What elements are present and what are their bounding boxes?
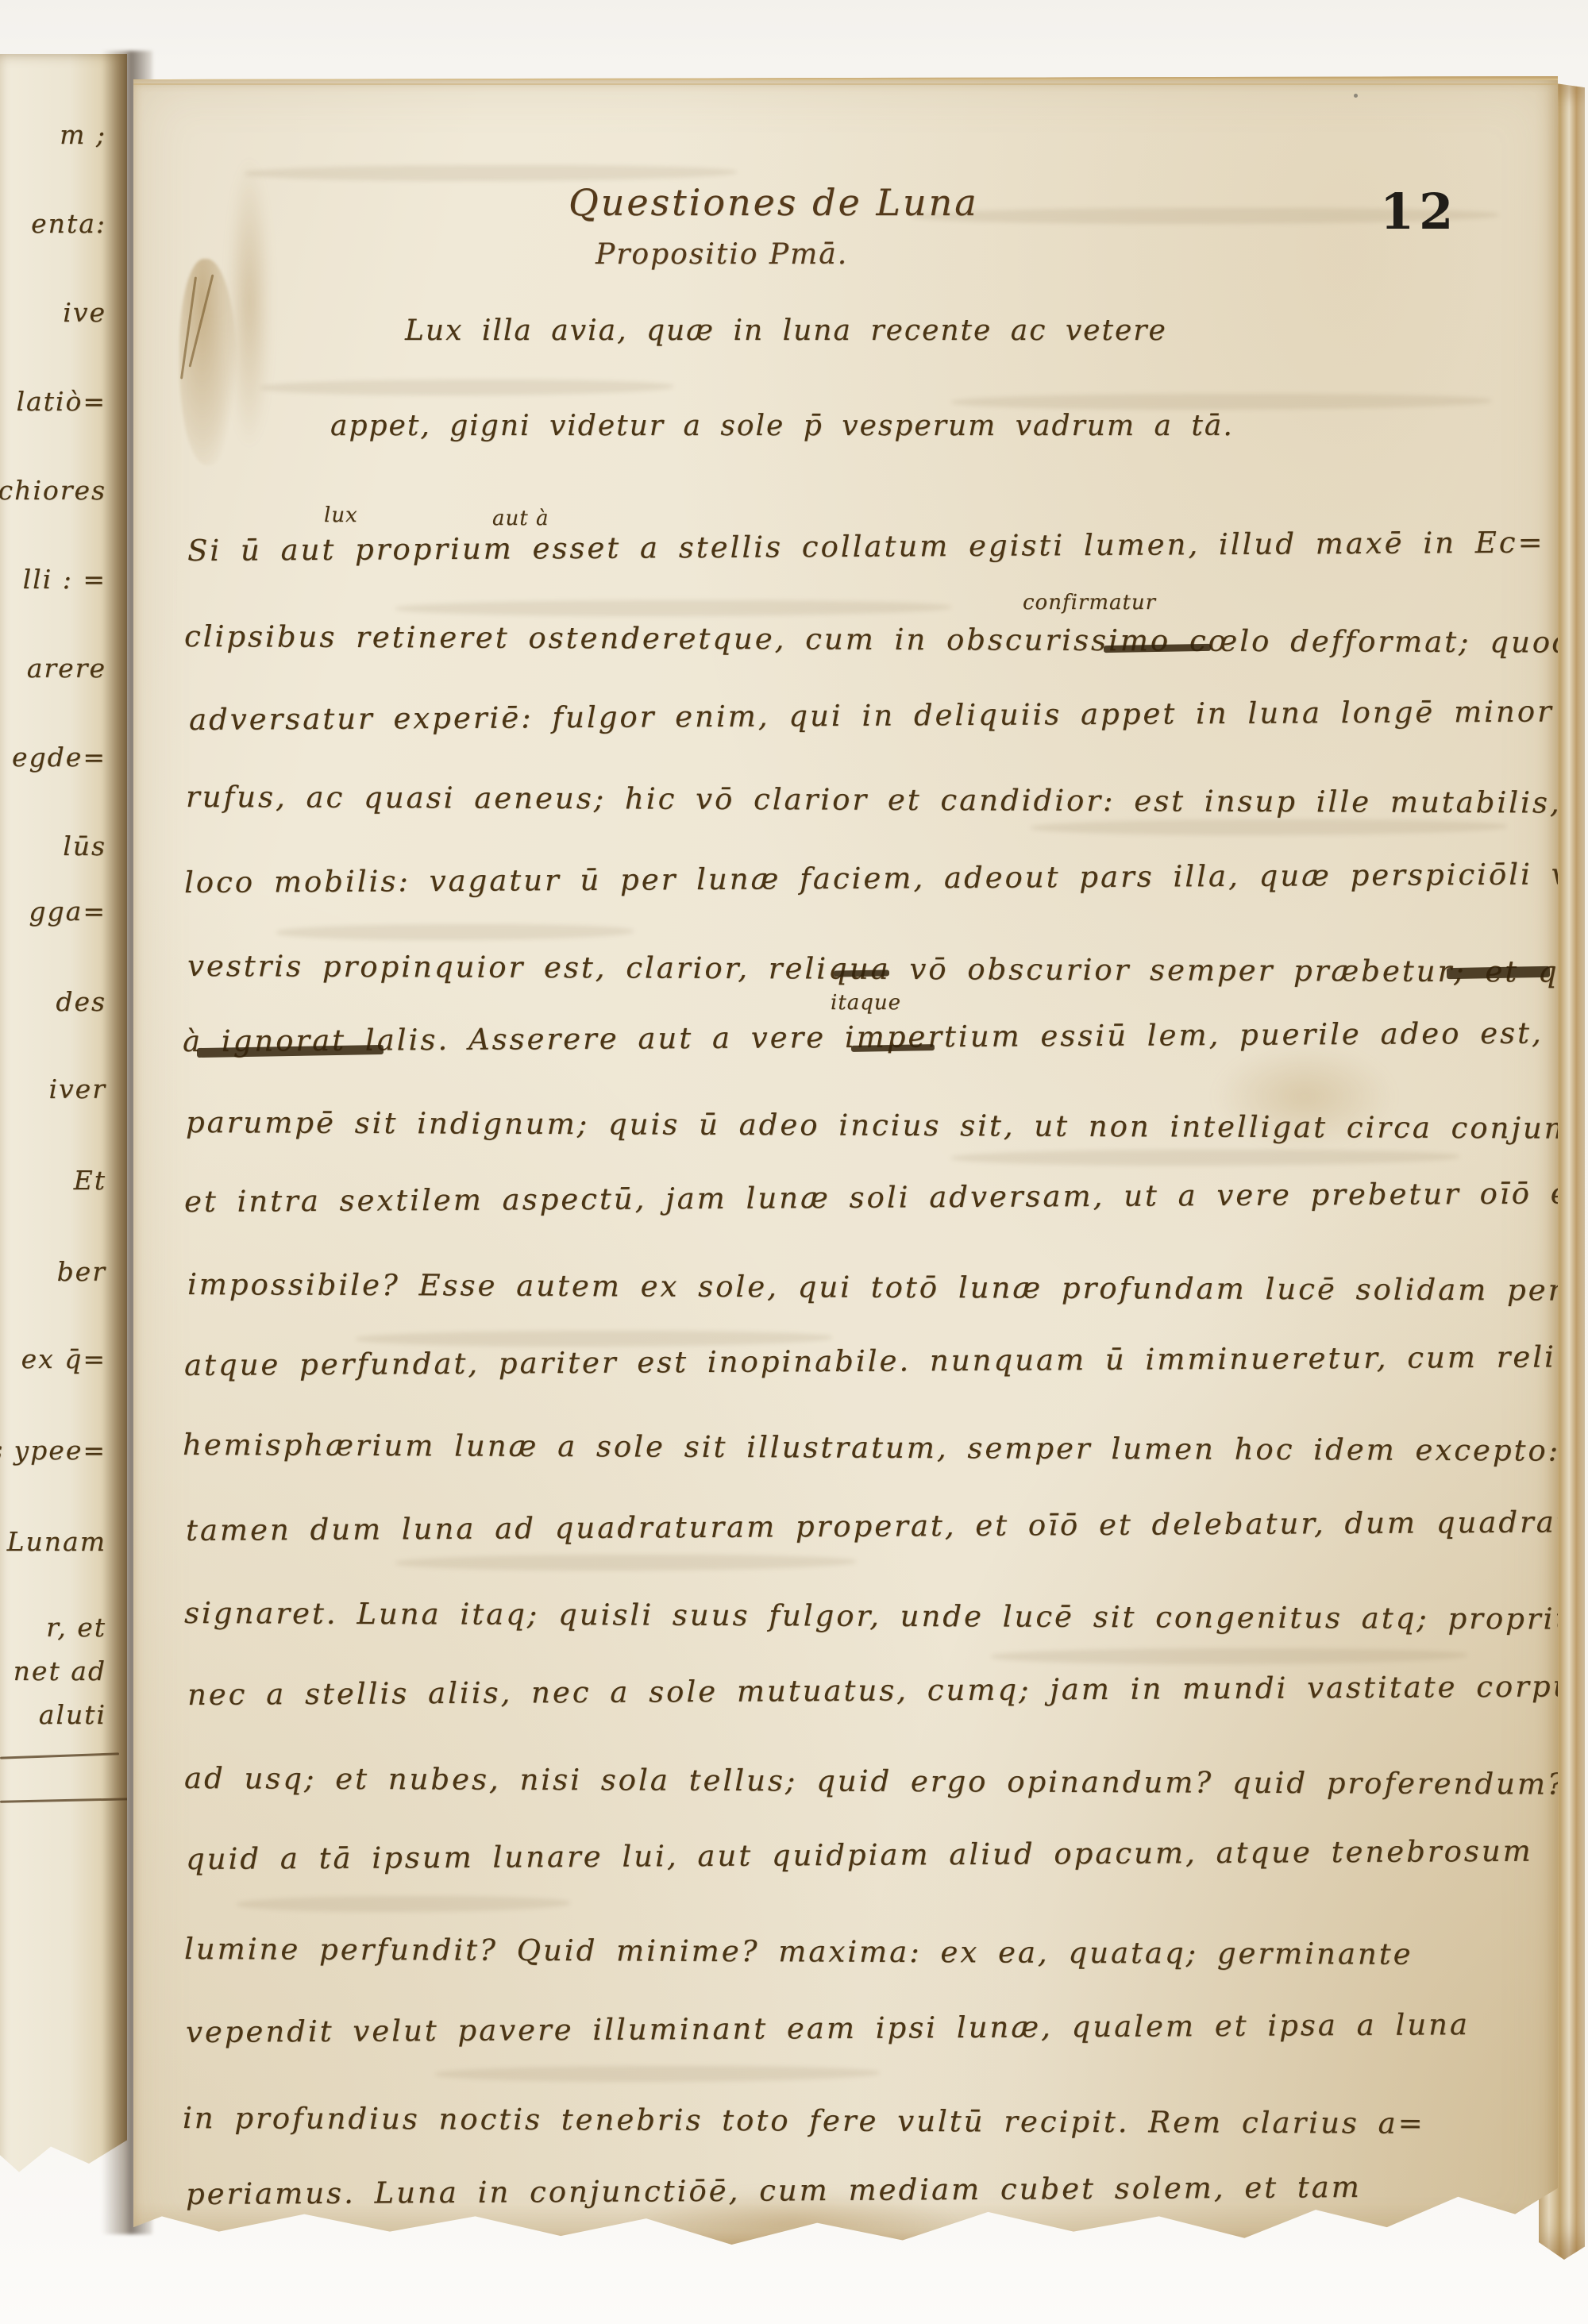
- manuscript-line: nec a stellis aliis, nec a sole mutuatus…: [187, 1669, 1588, 1712]
- verso-fragment: lūs: [63, 831, 106, 861]
- show-through: [237, 1896, 570, 1912]
- manuscript-line: signaret. Luna itaq; quisli suus fulgor,…: [184, 1596, 1588, 1636]
- manuscript-line: rufus, ac quasi aeneus; hic vō clarior e…: [186, 780, 1588, 820]
- proposition-line: appet, gigni videtur a sole p̄ vesperum …: [330, 410, 1234, 442]
- manuscript-line: tamen dum luna ad quadraturam properat, …: [186, 1505, 1588, 1547]
- manuscript-line: et intra sextilem aspectū, jam lunæ soli…: [184, 1176, 1588, 1219]
- verso-fragment: gga=: [29, 896, 106, 927]
- interlinear-insertion: confirmatur: [1023, 591, 1156, 615]
- manuscript-line: à ignorat lalis. Asserere aut a vere imp…: [183, 1015, 1588, 1058]
- show-through: [435, 2066, 880, 2082]
- proposition-line: Lux illa avia, quæ in luna recente ac ve…: [405, 314, 1167, 347]
- manuscript-line: clipsibus retineret ostenderetque, cum i…: [184, 619, 1588, 660]
- manuscript-line: atque perfundat, pariter est inopinabile…: [184, 1339, 1588, 1382]
- manuscript-line: impossibile? Esse autem ex sole, qui tot…: [187, 1267, 1588, 1308]
- verso-fragment: arere: [27, 653, 106, 684]
- show-through: [951, 394, 1491, 410]
- manuscript-line: parumpē sit indignum; quis ū adeo incius…: [186, 1105, 1588, 1146]
- strike-mark: [834, 969, 889, 977]
- show-through: [260, 380, 673, 395]
- manuscript-line: periamus. Luna in conjunctiōē, cum media…: [186, 2170, 1362, 2211]
- show-through: [276, 924, 634, 940]
- interlinear-insertion: aut à: [492, 507, 549, 530]
- manuscript-line: lumine perfundit? Quid minime? maxima: e…: [184, 1932, 1413, 1971]
- manuscript-page: 12 Questiones de Luna Propositio Pmā. Lu…: [133, 76, 1558, 2253]
- page-top-edge: [133, 83, 1558, 85]
- verso-fragment: egde=: [12, 742, 106, 773]
- manuscript-photograph: m ; enta: ive latiò= chiores lli : = are…: [0, 0, 1588, 2324]
- show-through: [395, 600, 951, 616]
- page-subtitle: Propositio Pmā.: [595, 238, 848, 271]
- verso-fragment: chiores: [0, 475, 106, 506]
- manuscript-line: adversatur experiē: fulgor enim, qui in …: [189, 693, 1588, 737]
- interlinear-insertion: itaque: [831, 991, 901, 1015]
- verso-fragment: iver: [48, 1073, 106, 1104]
- show-through: [991, 1648, 1467, 1664]
- manuscript-line: loco mobilis: vagatur ū per lunæ faciem,…: [184, 856, 1588, 900]
- interlinear-insertion: lux: [324, 503, 358, 527]
- manuscript-line: Si ū aut proprium esset a stellis collat…: [187, 526, 1545, 568]
- verso-fragment: net ad: [13, 1655, 106, 1686]
- manuscript-line: quid a tā ipsum lunare lui, aut quidpiam…: [186, 1834, 1533, 1876]
- manuscript-line: ad usq; et nubes, nisi sola tellus; quid…: [184, 1761, 1588, 1802]
- verso-fragment: lli : =: [23, 564, 106, 595]
- verso-fragment: latiò=: [16, 386, 106, 417]
- show-through: [245, 165, 737, 181]
- manuscript-line: hemisphærium lunæ a sole sit illustratum…: [183, 1428, 1588, 1469]
- page-top-edge: [133, 76, 1558, 80]
- manuscript-line: in profundius noctis tenebris toto fere …: [183, 2101, 1425, 2141]
- show-through: [1031, 819, 1507, 835]
- verso-fragment: ber: [57, 1256, 106, 1287]
- verso-fragment: ex q̄=: [21, 1343, 106, 1374]
- verso-fragment: s ypee=: [0, 1435, 106, 1466]
- page-number: 12: [1380, 183, 1458, 241]
- verso-fragment: r, et: [46, 1612, 106, 1643]
- verso-fragment: ive: [63, 297, 106, 328]
- speck: [1354, 94, 1358, 98]
- verso-fragment: Lunam: [7, 1526, 106, 1557]
- page-title: Questiones de Luna: [569, 181, 979, 224]
- verso-fragment: enta:: [31, 208, 106, 239]
- manuscript-line: vependit velut pavere illuminant eam ips…: [186, 2007, 1470, 2049]
- manuscript-line: vestris propinquior est, clarior, reliqu…: [187, 949, 1588, 989]
- strike-mark: [1447, 966, 1550, 979]
- verso-fragment: des: [56, 986, 106, 1017]
- show-through: [395, 1555, 856, 1571]
- show-through: [951, 1150, 1459, 1166]
- verso-fragment: aluti: [39, 1699, 106, 1730]
- verso-fragment: m ;: [60, 119, 106, 150]
